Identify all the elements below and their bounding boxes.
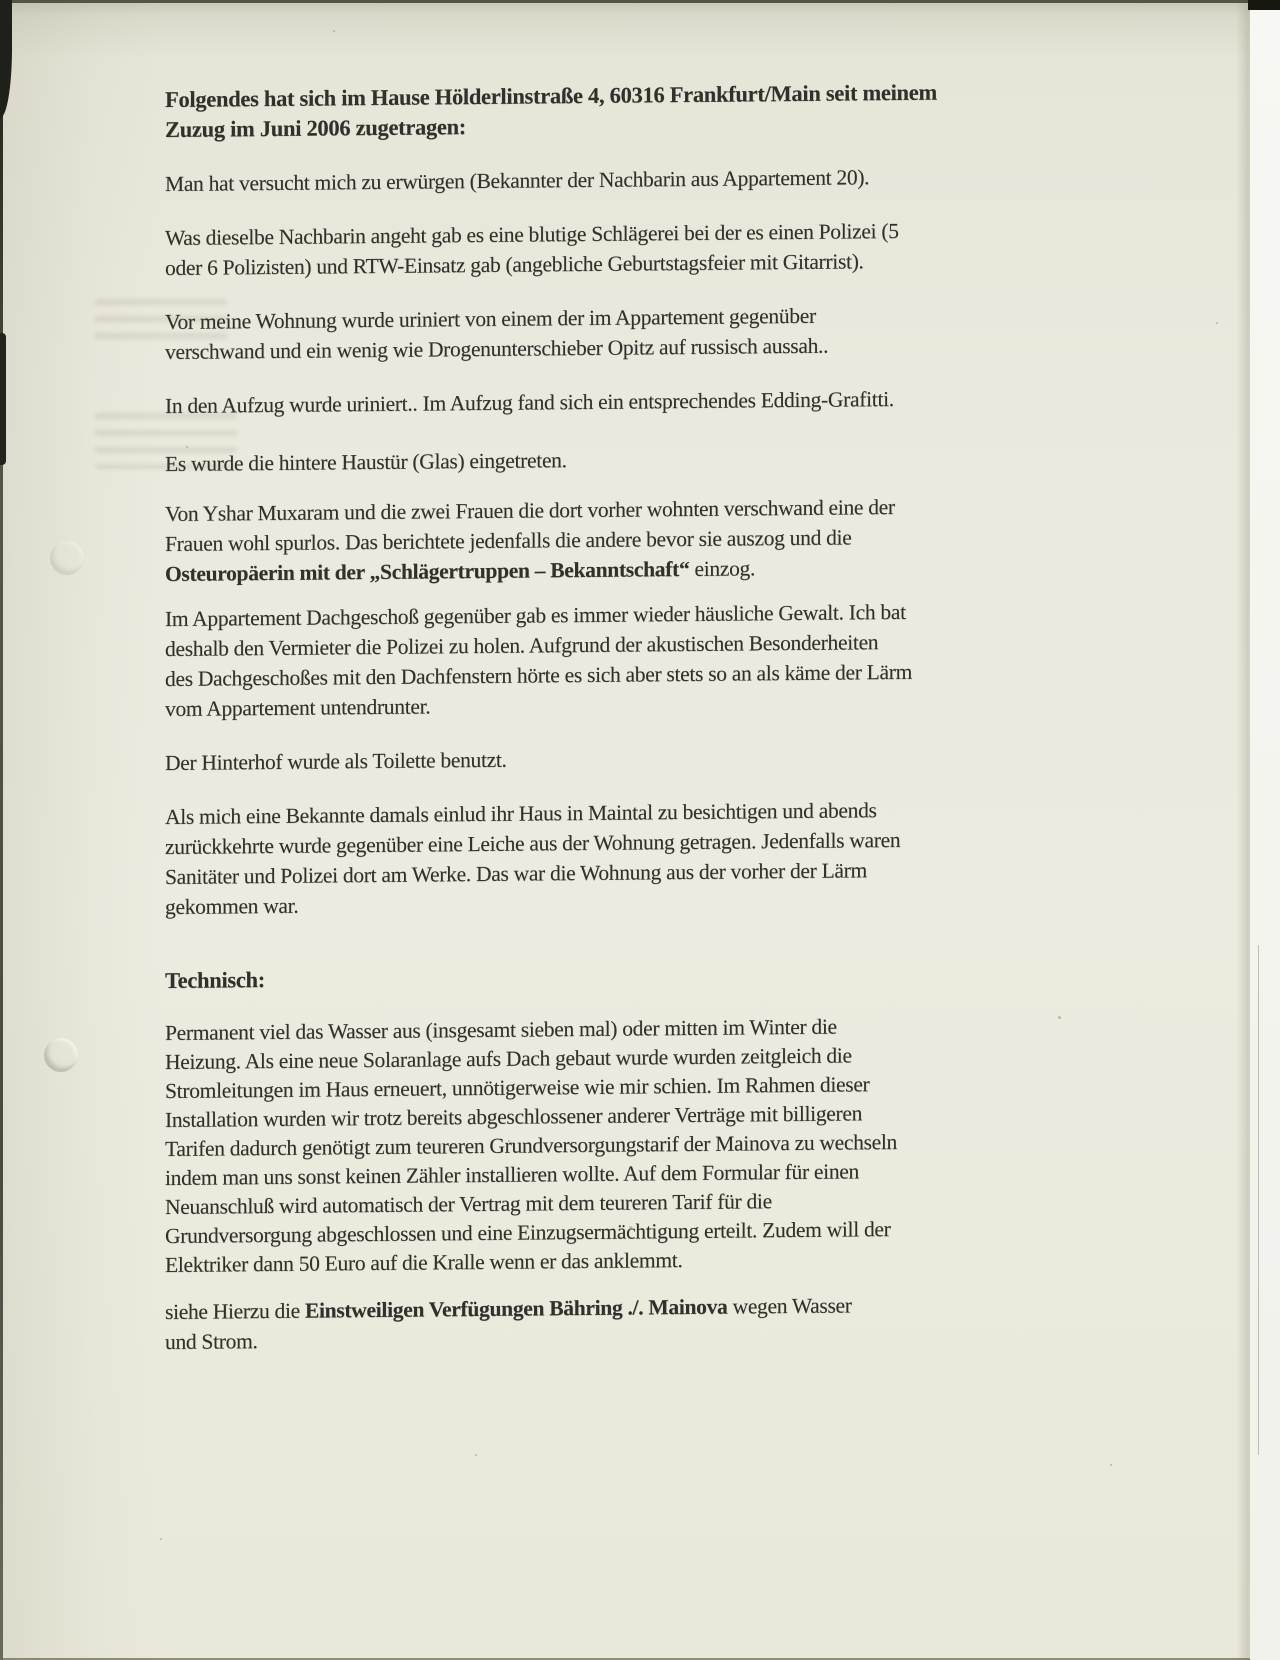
- scanner-crease-line: [1258, 945, 1259, 1455]
- paragraph-block: In den Aufzug wurde uriniert.. Im Aufzug…: [165, 382, 1065, 421]
- paragraph-block: Es wurde die hintere Haustür (Glas) eing…: [165, 440, 1065, 479]
- paragraph-block: Als mich eine Bekannte damals einlud ihr…: [165, 793, 1065, 922]
- dust-speck: [160, 1538, 162, 1540]
- heading-block: Technisch:: [165, 957, 1065, 996]
- scanner-background: [1250, 0, 1280, 1660]
- paragraph-block: siehe Hierzu die Einstweiligen Verfügung…: [165, 1288, 1065, 1357]
- dust-speck: [186, 446, 188, 448]
- paragraph-block: Man hat versucht mich zu erwürgen (Bekan…: [165, 160, 1065, 199]
- paragraph-block: Permanent viel das Wasser aus (insgesamt…: [165, 1010, 1065, 1280]
- paper-sheet: Folgendes hat sich im Hause Hölderlinstr…: [0, 0, 1280, 1660]
- dust-speck: [333, 30, 335, 32]
- dust-speck: [1216, 322, 1218, 324]
- text-line: In den Aufzug wurde uriniert.. Im Aufzug…: [165, 382, 1065, 421]
- paragraph-block: Was dieselbe Nachbarin angeht gab es ein…: [165, 214, 1065, 283]
- dust-speck: [508, 1140, 510, 1142]
- hole-punch-mark: [50, 541, 84, 575]
- text-line: Der Hinterhof wurde als Toilette benutzt…: [165, 739, 1065, 778]
- scan-corner-mark-top-right: [1248, 0, 1280, 10]
- dust-speck: [475, 1454, 477, 1456]
- scan-edge-left-mark: [0, 333, 6, 465]
- paragraph-block: Von Yshar Muxaram und die zwei Frauen di…: [165, 490, 1065, 589]
- text-line: Man hat versucht mich zu erwürgen (Bekan…: [165, 160, 1065, 199]
- dust-speck: [436, 1086, 438, 1088]
- scanned-document: { "document": { "language": "de", "block…: [0, 0, 1280, 1660]
- dust-speck: [629, 1226, 632, 1229]
- scan-edge-left: [0, 0, 3, 1660]
- hole-punch-mark: [44, 1038, 78, 1072]
- text-line: Technisch:: [165, 957, 1065, 996]
- paragraph-block: Vor meine Wohnung wurde uriniert von ein…: [165, 298, 1065, 367]
- dust-speck: [744, 312, 746, 314]
- dust-speck: [1110, 1464, 1112, 1466]
- heading-block: Folgendes hat sich im Hause Hölderlinstr…: [165, 76, 1065, 145]
- paper-edge-shadow: [1236, 0, 1250, 1660]
- dust-speck: [1058, 1016, 1061, 1019]
- paragraph-block: Der Hinterhof wurde als Toilette benutzt…: [165, 739, 1065, 778]
- paragraph-block: Im Appartement Dachgeschoß gegenüber gab…: [165, 595, 1065, 724]
- scan-edge-top: [0, 0, 1280, 3]
- text-line: Es wurde die hintere Haustür (Glas) eing…: [165, 440, 1065, 479]
- document-text: Folgendes hat sich im Hause Hölderlinstr…: [165, 76, 1065, 1381]
